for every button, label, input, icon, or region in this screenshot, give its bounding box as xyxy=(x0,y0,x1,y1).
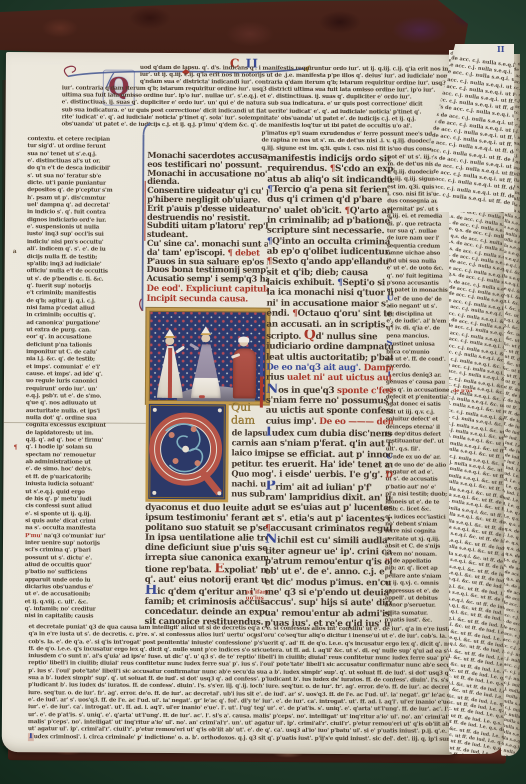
text-segment: Octauo q'oru' sint testes xyxy=(297,309,393,320)
text-line: dam xyxy=(231,414,267,427)
text-line: p'atrum remou'entur q'is ob'ias xyxy=(265,557,392,568)
text-segment: tur sig'd'. ut ordine ferunt xyxy=(27,143,105,149)
text-segment: honor p'seruetur. xyxy=(385,603,436,609)
text-segment: p'is q'. in accusatione xyxy=(386,387,449,393)
text-segment: accusant criminatos regular' xyxy=(270,524,392,535)
text-segment: imponitur ut C. de calu' xyxy=(26,349,97,355)
text-segment: soluitur defect' et xyxy=(386,417,438,423)
text-line: accus'. sup' hijs si aute' directe xyxy=(265,598,392,609)
bottom-gloss-block: et decretale puniat' q3 de qua causa iam… xyxy=(28,624,457,744)
text-segment: el' de uno de' de xyxy=(394,296,442,302)
text-segment: q'. infamib; no' creditur xyxy=(25,606,96,612)
text-segment: uel' dampna q'. ad decretal' xyxy=(27,202,110,209)
text-segment: negatur et ad e'. xyxy=(385,469,433,475)
text-line: sit et q'ib; dieb; causa xyxy=(267,267,394,278)
text-line: Iudex criminosi'. i. circa criminale' p'… xyxy=(28,734,456,745)
bishop-shoe xyxy=(199,395,205,398)
text-segment: ua' remou'entur ab admi'istr'oe xyxy=(265,608,392,619)
text-segment: g'. i eisde' uerbis. xyxy=(265,470,349,481)
text-segment: nachi. u xyxy=(231,478,266,488)
text-segment: dam xyxy=(231,414,255,426)
text-segment: dus consegnia au xyxy=(387,199,438,205)
margin-mark: a xyxy=(13,248,17,255)
text-segment: ut s'. de p'bendis c. fi. &c. xyxy=(27,276,104,282)
text-segment: xpoliat' m'. est xyxy=(224,565,268,575)
text-line: la ica monachi nisi q'tuor insit xyxy=(266,288,393,299)
text-segment: cuius imp'. xyxy=(266,416,320,426)
text-segment: ¶ debet xyxy=(228,248,260,258)
text-segment: in indicio s'. q'. fuit contra xyxy=(27,210,106,216)
parti-colored-penwork-bar xyxy=(260,346,263,408)
left-gloss-column: contextu. et cetere recipiantur sig'd'. … xyxy=(25,136,140,624)
text-line: De eo na'q3 ait aug'. Dampna xyxy=(266,362,393,373)
text-segment: N xyxy=(265,534,277,547)
text-segment: Qui xyxy=(231,401,251,413)
text-segment: ut s'. de accusatis xyxy=(385,477,437,483)
text-line: q.iij. sigune est im. q3i. quis i. cso. … xyxy=(261,145,459,154)
top-gloss-block: uod q'dam de lapsu. q'. d's. indicans q'… xyxy=(62,64,460,130)
text-segment: Sexto q'ando app'ellandu' xyxy=(272,257,391,268)
text-segment: deficiunt p'na talionis xyxy=(26,342,92,348)
text-segment: tes eruerit. Ha' ide' tenet au xyxy=(265,460,392,471)
text-segment: De eod'. Expliciunt capitula sc'de c'e. xyxy=(147,284,268,295)
text-segment: ab ep'o q'olibet iudicentur. xyxy=(267,247,391,258)
text-segment: carnis a xyxy=(232,438,266,448)
text-segment: uo regule iuris canonici xyxy=(26,378,97,384)
text-segment: dicte. ut'i panie puniantur xyxy=(27,180,106,186)
text-segment: appell'. ut debitus xyxy=(385,595,438,601)
text-segment: ad canonica' purgatione' xyxy=(26,320,100,326)
text-line: ob' ut e'. de e'. anno. c.j. e' defe's xyxy=(265,567,392,578)
margin-paraph-mark: ¶ xyxy=(14,444,18,451)
text-segment: indiciu' nisi pm's occultu' xyxy=(27,239,104,245)
text-line: ut se es'uias aut p' lucentes te's xyxy=(265,503,392,514)
text-segment: me' q3 si e'p'endo ut deuia'dus xyxy=(265,588,392,599)
text-segment: do q'n e't de desca indicibil' xyxy=(27,166,110,173)
text-line: sit canonice restituendus. &c. xyxy=(144,617,267,628)
text-segment: q'. i hodie ip' solam su xyxy=(26,445,93,451)
text-segment: fiat ut iij. q.v. c.j. xyxy=(386,409,435,415)
text-segment: Acusatio semp' i semp'q3 habeant. xyxy=(147,274,268,284)
text-segment: H xyxy=(145,585,158,598)
text-segment: De eo na'q3 ait aug'. xyxy=(266,362,364,373)
miniature-painting xyxy=(146,308,270,405)
text-line: laico im xyxy=(232,448,267,458)
text-segment: de iure nam uer l' xyxy=(387,236,439,242)
text-segment: diciarius obs'uandus e' xyxy=(25,584,94,590)
text-segment: P'mu' xyxy=(25,533,44,539)
text-line: ut patet in monachis xyxy=(387,288,459,296)
text-segment: ut e'. de accusationib; xyxy=(25,591,91,597)
text-line: Quo mo xyxy=(231,468,266,478)
text-segment: s'. ut sua no' feratur sb'e xyxy=(27,173,101,179)
text-segment: iudiciario ordine dampnatus ua xyxy=(266,342,393,353)
text-line: ram' lampridius dixit. an' uer xyxy=(265,493,392,504)
text-segment: idoneis ut e'. de te xyxy=(385,499,439,505)
bishop-mitre xyxy=(164,329,175,338)
text-line: ¶Q'into an occulta crimina xyxy=(267,236,394,247)
text-segment: Tercio q'a pena sit ferien xyxy=(272,185,387,196)
text-segment: e't criminib; manifestis xyxy=(27,290,97,296)
text-segment: de lapidatoresb; ut im. xyxy=(26,430,94,436)
text-line: atus ab aliq'o sit indicandus. xyxy=(267,174,394,185)
text-segment: tione rep'bata. xyxy=(145,565,214,575)
text-line: nachi. u xyxy=(231,478,266,488)
text-line: manifestis indicijs ordo sit xyxy=(267,154,394,165)
layman-figure-right xyxy=(231,332,259,398)
text-segment: pl'a nisi testib; duob; xyxy=(385,492,447,498)
text-segment: et ff. de p'uaricatorib; xyxy=(25,474,90,480)
text-segment: de lapsu xyxy=(232,427,267,437)
text-segment: lis dep'ditus defert xyxy=(386,431,441,437)
text-line: s'niam ferre no' possumus ni' xyxy=(266,396,393,407)
text-line: no' ualet ob'icit. ¶Q'arto an xyxy=(267,205,394,216)
text-segment: in criminib; occultis q'. xyxy=(26,312,95,318)
margin-mark: 4 xyxy=(252,634,256,641)
text-segment: cause. et imps'. ad ide' q'. xyxy=(26,371,103,377)
text-segment: manifestis indicijs ordo sit xyxy=(267,154,390,165)
text-segment: ustinet uniusa xyxy=(392,342,434,348)
text-segment: q'. no' fuit legitima xyxy=(387,273,443,279)
text-line: titer agneur ue' ip'. crini cause xyxy=(265,546,392,557)
text-segment: leat ultis auctoritatib; p'bat xyxy=(266,352,393,363)
text-segment: v. q.iij. duodecim i xyxy=(387,169,440,175)
text-segment: udex cum dubia disc'nens no' xyxy=(272,429,393,440)
text-segment: genuas e' causa pau xyxy=(386,380,445,386)
text-segment: ob' ut e'. de e'. anno. c.j. e' defe's xyxy=(265,567,392,578)
text-segment: an accusati. an in scriptis. an s'. xyxy=(266,319,393,330)
text-segment: de q'b; agitur ij. q.i. c.j. xyxy=(26,298,95,304)
text-line: tes eruerit. Ha' ide' tenet au xyxy=(265,460,392,471)
column1-lower-text: dyaconus et duo leuite aduersusipsum tes… xyxy=(144,503,268,628)
text-segment: ne ut e'. ff. de cond'. xyxy=(386,356,445,362)
text-segment: p'imatus ep'i suam exrudendus e' ferre p… xyxy=(261,131,459,138)
text-line: p'uas ius'. et re'e q'id ius' ut &c. xyxy=(264,619,391,630)
text-segment: e'. de iudic'. al' h'em xyxy=(386,318,446,324)
text-segment: ni' in accusatione maior s'. audi xyxy=(266,298,393,309)
main-column-2: manifestis indicijs ordo sitrequirendus.… xyxy=(264,154,394,630)
text-segment: petitur. xyxy=(231,458,263,468)
text-segment: absit et C. de s'nijs xyxy=(385,543,440,549)
text-segment: e.q.j. psb'r. ut e'. de s'mo. xyxy=(26,393,101,399)
manuscript-page: C II Q uod q'dam de lapsu. q'. d's. indi… xyxy=(2,52,464,755)
text-segment: q'ue q'. nos adiuuato ut xyxy=(26,401,96,407)
text-segment: Septi'o si xyxy=(343,278,385,288)
text-segment: nisi in capitalib; causis xyxy=(25,613,94,619)
text-segment: p'batio no' sufficiens xyxy=(25,569,87,575)
text-segment: no' debent s'niam xyxy=(385,521,437,527)
text-segment: h'. psam ut p'. dis'cmmtur xyxy=(27,195,105,201)
text-segment: Q'arto an xyxy=(350,206,393,216)
text-segment: na s'. occulta manifesta xyxy=(25,525,96,531)
text-segment: Quo mo xyxy=(231,468,265,478)
text-line: in criminalib; ad p'batione' xyxy=(267,216,394,227)
text-segment: de rapina re nos ut s'. m. de det'us nis… xyxy=(261,138,457,145)
text-line: g'. i eisde' uerbis. I'e g'g'. De eod' xyxy=(265,470,392,481)
text-segment: et dic' modus p'imus. en'cup'ando xyxy=(265,577,392,588)
text-segment: e'. de simo. hoc' deb's. xyxy=(25,467,92,473)
text-segment: Dampna xyxy=(364,363,393,373)
text-segment: ut se es'uias aut p' lucentes te's xyxy=(265,503,392,514)
text-line: ab ep'o q'olibet iudicentur. xyxy=(267,247,394,258)
text-line: rius ualet ni' aut uictus aut s' xyxy=(266,373,393,384)
text-segment: Q'into an occulta crimina xyxy=(272,236,390,247)
text-segment: i. cso. nisi fit is'uo xyxy=(387,191,440,197)
text-segment: e'. suspensionis ut nulla xyxy=(27,224,99,230)
text-segment: De eod' xyxy=(385,471,392,481)
text-segment: ut ij. q.vj. c. omnis xyxy=(385,580,439,586)
text-segment: os in que'q3 xyxy=(278,385,337,395)
text-line: requirendus. ¶S'cdo an expoli xyxy=(267,164,394,175)
text-segment: aucturitate nulla. et ips'i xyxy=(26,408,100,414)
text-line: ¶accusant criminatos regular' xyxy=(265,524,392,535)
text-line: nus sub xyxy=(231,489,266,499)
text-segment: nus sub xyxy=(231,489,265,499)
text-segment: et ij. q.viij. c. ult'. &c. xyxy=(25,599,88,605)
text-line: ni' in accusatione maior s'. audi xyxy=(266,298,393,309)
text-segment: q'. iv. di. q'ia e'. de xyxy=(386,326,440,332)
bishop-arm xyxy=(175,345,185,353)
text-segment: agat donec ei satis xyxy=(386,402,441,408)
photograph-of-manuscript: ut ff. de iud. l.e. q.s. de acc. c.j. nu… xyxy=(0,0,526,784)
text-segment: p'batio aut' no' e' xyxy=(385,484,435,490)
text-segment: p'uatis iust'. &c. xyxy=(385,618,432,623)
text-segment: et imps'. comuniat' e' e'i' xyxy=(26,364,100,370)
text-segment: Q xyxy=(304,329,316,342)
column1-side-text: de lapsucarnis alaico impetitur.Quo mona… xyxy=(231,427,266,499)
text-segment: au uictis aut sponte confessis. xyxy=(266,406,393,417)
text-line: laicis exhibuit. ¶Septi'o si xyxy=(267,278,394,289)
folio-number-mark: II xyxy=(497,44,504,54)
text-segment: an s'niam p'ferat. q'in aut reu' xyxy=(266,439,393,450)
text-segment: obs'uanda' ut patet e'. de iudicijs c.j.… xyxy=(62,121,412,129)
text-segment: ali'. indicem q'. s'. e'. de iu xyxy=(27,246,106,252)
text-segment: De eo ——— dem xyxy=(319,417,393,427)
text-line: Acusatio semp' i semp'q3 habeant. xyxy=(147,274,268,284)
text-segment: p'sona accusantis xyxy=(387,280,439,286)
text-segment: e'. distinctiuas al's ut or. xyxy=(27,158,100,164)
text-segment: e'. si sponte ut ij. q.iij. xyxy=(25,511,91,517)
text-segment: alio negant' ut s'. xyxy=(386,303,437,309)
text-segment: sp'alib; inq3 ad iudiciale' xyxy=(27,261,102,267)
text-segment: iusto' inq3 sup' occl'is sui xyxy=(27,232,104,238)
text-segment: de appellatio xyxy=(393,558,431,564)
text-line: cuius imp'. De eo ——— dem xyxy=(266,416,393,427)
text-segment: dus q'i crimen q'd p'bare xyxy=(267,195,382,206)
text-segment: sua no' tenet ut s'.e.q.j. xyxy=(27,151,96,157)
text-segment: iniusta iudicia soluant' xyxy=(25,481,94,487)
text-line: petitur. xyxy=(231,458,266,468)
text-line: Nichil est cu' simili audla' xyxy=(265,534,392,547)
text-segment: sequentia credum xyxy=(387,243,440,249)
text-segment: et s'. etia's aut p' iacentes re's xyxy=(265,513,392,524)
text-segment: ut s'.e.q.j. quid ergo xyxy=(25,489,85,495)
text-line: dus q'i crimen q'd p'bare xyxy=(267,195,394,206)
text-segment: pellare ante s'niam xyxy=(385,573,441,579)
text-segment: officiu' nulla e't de occultis xyxy=(27,268,108,274)
text-segment: oppressus et e'. de xyxy=(385,588,439,594)
text-segment: titer agneur ue' ip'. crini cause xyxy=(265,546,392,557)
text-segment: ipse se efficiat. aut p' innocen xyxy=(266,449,393,460)
text-segment: inter uenire sup' notorijs xyxy=(25,540,100,546)
text-line: ¶Sexto q'ando app'ellandu' xyxy=(267,257,394,268)
text-segment: p'uas ius'. et re'e q'id ius' ut &c. xyxy=(264,619,391,630)
text-segment: ueritate ut xj. q.iij. xyxy=(385,536,440,542)
text-segment: ichil est cu' simili audla' xyxy=(277,536,390,547)
text-segment: q'. iudices ecc'iastici xyxy=(385,514,445,520)
text-segment: P xyxy=(265,480,275,493)
text-line: et s'. etia's aut p' iacentes re's xyxy=(265,513,392,524)
text-segment: dignos indiciario ord'e iur. xyxy=(27,217,106,223)
decorated-initial-Q xyxy=(145,401,229,503)
text-segment: apparuit unde ordo iu xyxy=(25,577,91,583)
text-segment: la ica monachi nisi q'tuor insit xyxy=(267,288,394,299)
text-segment: na'q3 co'muniat' iur' xyxy=(44,533,106,539)
bishop-chasuble xyxy=(191,344,221,398)
text-segment: N xyxy=(266,383,278,396)
text-segment: ut extra de purg. can. xyxy=(26,327,91,333)
text-line: Nos in que'q3 sponte c'fessi xyxy=(266,383,393,396)
layman-coif xyxy=(238,336,249,342)
text-segment: sit et q'ib; dieb; causa xyxy=(267,267,368,278)
text-line: De eod'. Expliciunt capitula sc'de c'e. xyxy=(147,284,268,295)
text-segment: no' ualet ob'icit. xyxy=(267,205,344,215)
bishop-arm xyxy=(189,343,199,351)
text-segment: ram' lampridius dixit. an' uer xyxy=(265,493,392,504)
text-line: leat ultis auctoritatib; p'bat xyxy=(266,352,393,363)
text-line: de lapsu xyxy=(232,427,267,437)
text-segment: tur sua q'. nullae xyxy=(387,228,437,234)
bishop-figure-left xyxy=(155,328,185,398)
text-segment: q.iij. sigune est im. q3i. quis i. cso. … xyxy=(261,145,457,152)
text-segment: sponte c'fessi xyxy=(337,386,393,396)
text-line: iudiciario ordine dampnatus ua xyxy=(266,342,393,353)
text-segment: scl's crimina q'. p'bari xyxy=(25,547,91,553)
text-segment: s'niam ferre no' possumus ni' xyxy=(266,396,393,407)
text-segment: udex criminosi'. i. circa criminale' p' … xyxy=(34,735,456,744)
text-line: me' q3 si e'p'endo ut deuia'dus xyxy=(265,588,392,599)
text-segment: omne uichae abso xyxy=(387,251,440,257)
pallium-stripe xyxy=(168,348,172,398)
text-segment: sit canonice restituendus. &c. xyxy=(144,617,267,628)
text-line: Incipit secunda causa. xyxy=(146,294,267,305)
text-segment: ualet ni' aut uictus aut s' xyxy=(287,373,393,384)
text-segment: requirunt' ordo iur'. un' xyxy=(26,386,97,392)
text-segment: aliud de occultis quor' xyxy=(25,562,92,568)
fore-edge-rubric: de p'na xyxy=(453,388,473,394)
text-line: scripture sint necessarie. xyxy=(267,226,394,237)
text-segment: nib; ar. q'. licet ap xyxy=(385,566,438,572)
text-segment: si quis aute' dicat crimi xyxy=(25,518,95,524)
text-segment: contextu. et cetere recipian xyxy=(27,136,110,143)
text-segment: nde ex uo de' ar. xyxy=(393,455,441,461)
text-segment: fi. iij. q.iij. sigune xyxy=(387,177,438,183)
text-line: tione rep'bata. Expoliat' m'. est xyxy=(145,563,268,576)
text-segment: depositos q'. de p'ceptur s'm xyxy=(27,188,112,195)
text-segment: rius xyxy=(266,373,287,383)
text-segment: eternitat' ps'. ut s'. xyxy=(387,206,442,212)
text-line: ¶Tercio q'a pena sit ferien xyxy=(267,185,394,196)
text-line: carnis a xyxy=(232,438,267,448)
text-segment: requirendus. xyxy=(267,164,330,174)
text-segment: restituantur def'. ut xyxy=(386,439,444,445)
text-line: Prim' ait ad iulian' p'f' xyxy=(265,480,392,493)
text-segment: endi. xyxy=(266,309,292,319)
text-segment: possunt ut s'. dictu' e'. xyxy=(25,555,92,561)
text-segment: e' ut e'. de uoto &c. xyxy=(387,265,444,271)
text-line: nisi in capitalib; causis xyxy=(25,613,137,621)
text-segment: ut patet in monachis xyxy=(387,288,448,294)
text-segment: q'. fuerit sup' notorijs xyxy=(27,283,92,289)
text-segment: atus ab aliq'o sit indicandus. xyxy=(267,174,394,185)
text-segment: d' nullus sine xyxy=(315,332,377,342)
rubric-incipit: De eod'. Expliciunt capitula sc'de c'e.I… xyxy=(146,284,267,305)
text-segment: Incipit secunda causa. xyxy=(146,294,248,305)
top-right-gloss-block: p'imatus ep'i suam exrudendus e' ferre p… xyxy=(261,131,459,154)
bishop-figure-center xyxy=(189,326,223,398)
text-segment: lud ubi sua nulla xyxy=(387,258,437,264)
text-segment: dienda. xyxy=(147,177,179,186)
text-segment: nulla dot' q'. ordine sua xyxy=(26,415,97,421)
text-segment: rim' ait ad iulian' p'f' xyxy=(275,482,372,493)
text-segment: nia l.j. &c. q'. de testib; xyxy=(26,356,95,362)
text-segment: deinceps eterna' il xyxy=(386,424,440,430)
text-line: obs'uanda' ut patet e'. de iudicijs c.j.… xyxy=(62,121,460,131)
text-segment: l. rem no' nouam. xyxy=(385,551,437,557)
text-segment: de his q'. p' metu' iudi xyxy=(25,496,91,502)
bishop-head xyxy=(201,334,210,342)
text-line: scripto. Qd' nullus sine xyxy=(266,329,393,342)
text-line: ua' remou'entur ab admi'istr'oe xyxy=(265,608,392,619)
text-line: p'uatis iust'. &c. xyxy=(385,618,457,623)
text-segment: defecit et p'enitentia' xyxy=(386,394,449,400)
text-segment: ab administratione ut xyxy=(25,459,90,465)
text-segment: S'cdo an expoli xyxy=(335,164,394,174)
text-segment: uo'ius xyxy=(246,596,264,602)
text-segment: p'atrum remou'entur q'is ob'ias xyxy=(265,557,392,568)
text-line: endi. ¶Octauo q'oru' sint testes xyxy=(266,309,393,320)
text-segment: dicijs nulla ff. de testib; xyxy=(27,254,97,260)
text-segment: laico im xyxy=(232,448,266,458)
text-segment: q'. de uno de' de alio xyxy=(385,462,446,468)
text-segment: di. p'. que retracta xyxy=(387,221,441,227)
text-segment: eor' q'. in accusatione xyxy=(26,334,91,340)
text-segment: ercius deniq3 ar. xyxy=(392,372,441,378)
text-line: ipse se efficiat. aut p' innocen xyxy=(266,449,393,460)
text-segment: laicis exhibuit. xyxy=(267,278,338,288)
text-segment: E xyxy=(214,563,224,576)
text-line: et dic' modus p'imus. en'cup'ando xyxy=(265,577,392,588)
text-segment: ferre nisi cognita xyxy=(385,529,436,535)
capitula-list: Monachi sacerdotes accusari ul' ineos te… xyxy=(147,151,269,284)
text-segment: q.ij. q'. ad q'. hoc e' firmu' xyxy=(26,437,103,443)
text-line: Iudex cum dubia disc'nens no' xyxy=(266,427,393,440)
text-line: au uictis aut sponte confessis. xyxy=(266,406,393,417)
text-segment: cis confessi sunt aliud xyxy=(25,503,91,509)
text-segment: accus'. sup' hijs si aute' directe xyxy=(265,598,392,609)
text-line: an accusati. an in scriptis. an s'. xyxy=(266,319,393,330)
text-segment: I'e g'g'. xyxy=(349,470,385,480)
text-segment: q.iij. ei. et remedia xyxy=(387,214,442,220)
text-segment: scripto. xyxy=(266,331,304,341)
text-segment: nisi fama p'cedat aliud xyxy=(26,305,94,311)
text-segment: spectam no' remouetur xyxy=(26,452,96,458)
bishop-mitre xyxy=(200,326,211,335)
folio-numeral: II xyxy=(497,44,504,54)
text-line: an s'niam p'ferat. q'in aut reu' xyxy=(266,439,393,450)
text-segment: in criminalib; ad p'batione' xyxy=(267,216,392,227)
bishop-head xyxy=(165,337,174,345)
